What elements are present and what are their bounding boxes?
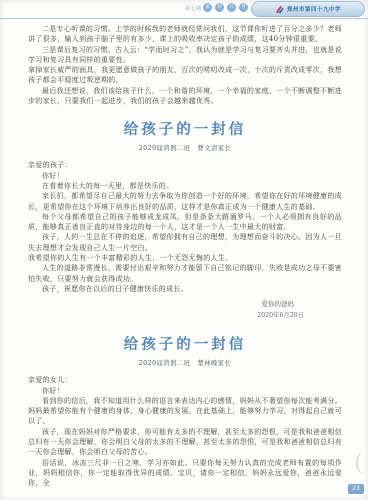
- letter1-greeting: 你好！: [28, 171, 342, 181]
- newsletter-page: 第七期 家 校 共 育 郑州市第四十九中学 二是专心听课的习惯。上学的时候我的老…: [0, 0, 368, 500]
- letter1-paragraph: 孩子，人的一生总在不停的追逐，希望你拥有自己的理想，为理想而奋斗的决心。因为人一…: [28, 232, 342, 253]
- header-divider: [0, 18, 368, 19]
- corner-decoration: [356, 452, 368, 474]
- letter2-paragraph: 孩子，现在妈妈对你严格要求，你可能有太多的不理解，甚至太多的怨恨，可是我和爸爸相…: [28, 427, 342, 458]
- letter1-paragraph: 每个父母都希望自己的孩子能够成龙成凤，但是条条大路通罗马，一个人必须拥有良好的品…: [28, 212, 342, 233]
- letter2-greeting: 你好！: [28, 386, 342, 396]
- intro-paragraph: 拿掉家长威严的面具，我更愿意做孩子的朋友，百次的唠叨改成一次，十次的斥责改成零次…: [28, 65, 342, 86]
- letter1-signature-block: 爱你的爸妈 2020年6月20日: [28, 299, 342, 321]
- school-banner: 郑州市第四十九中学: [251, 1, 365, 17]
- letter1-paragraph: 孩子，祝愿你在以后的日子健康快乐的成长。: [28, 284, 342, 294]
- school-logo-icon: [275, 5, 284, 14]
- letter1-salutation: 亲爱的孩子：: [28, 160, 342, 170]
- letter2-paragraph: 俗话说，冰冻三尺非一日之寒，学习亦如此。只要你每天努力认真的完成老师布置的每项作…: [28, 458, 342, 489]
- section-badge: 家: [203, 3, 212, 12]
- letter1-paragraph: 家长们，都希望尽自己最大的努力去争取为你创造一个好的环境，希望你在好的环境健康的…: [28, 191, 342, 212]
- letter2-salutation: 亲爱的女儿：: [28, 375, 342, 385]
- intro-paragraph: 最后我还想说，我们该给孩子什么，一个和谐的环境、一个幸福的家庭、一个不断调整不断…: [28, 86, 342, 107]
- school-name: 郑州市第四十九中学: [287, 5, 341, 13]
- letter1-date: 2020年6月20日: [28, 310, 342, 321]
- letter1-paragraph: 我希望你的人生有一个丰富精彩的人生，一个无怨无悔的人生。: [28, 253, 342, 263]
- letter1-paragraph: 在看着你长大的每一天里，都是快乐的。: [28, 181, 342, 191]
- intro-paragraph: 三是课后复习的习惯。古人云：“学而时习之”，我认为就是学习与复习要齐头并进，也就…: [28, 45, 342, 66]
- letter1-signature: 爱你的爸妈: [28, 299, 342, 310]
- letter1-title: 给孩子的一封信: [28, 118, 342, 139]
- section-badges: 家 校 共 育: [203, 3, 248, 12]
- letter1-paragraph: 人生的道路非常漫长，需要付出艰辛和努力才能留下自己铭记的脚印，失败是成功之母不要…: [28, 263, 342, 284]
- section-badge: 共: [227, 3, 236, 12]
- letter1-byline: 2020届鸿鹄二班 曹文清家长: [28, 143, 342, 152]
- letter2-title: 给孩子的一封信: [28, 333, 342, 354]
- section-badge: 育: [239, 3, 248, 12]
- issue-label: 第七期: [185, 5, 202, 12]
- letter2-byline: 2020届鸿鹄二班 楚林晚家长: [28, 358, 342, 367]
- section-badge: 校: [215, 3, 224, 12]
- page-number-badge: 23: [348, 484, 364, 494]
- letter2-paragraph: 看到你的信后，我不知道用什么样的语言来表达内心的感情，妈妈从不奢望你每次能考满分…: [28, 396, 342, 427]
- intro-paragraph: 二是专心听课的习惯。上学的时候我的老师就经常问我们，这节课你听进了百分之多少？老…: [28, 24, 342, 45]
- page-content: 二是专心听课的习惯。上学的时候我的老师就经常问我们，这节课你听进了百分之多少？老…: [28, 24, 342, 489]
